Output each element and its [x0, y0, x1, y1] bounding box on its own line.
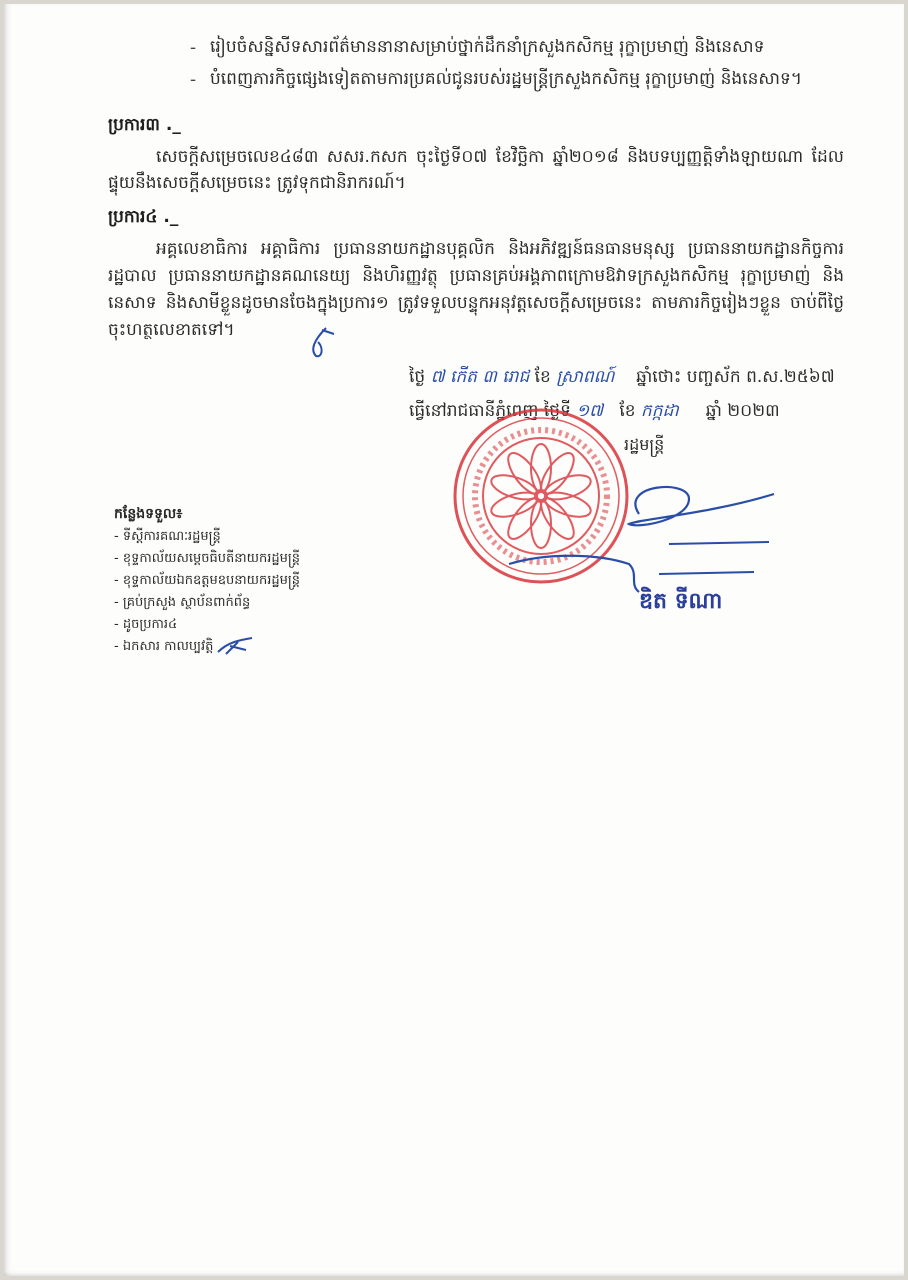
- signature-icon: [489, 474, 779, 594]
- bullet-marker: -: [190, 70, 196, 90]
- lunar-year: ឆ្នាំថោះ បញ្ចស័ក ព.ស.២៥៦៧: [636, 367, 835, 387]
- solar-year: ឆ្នាំ ២០២៣: [706, 401, 780, 421]
- lunar-date-prefix: ថ្ងៃ: [409, 367, 425, 387]
- recipient-item: - គ្រប់ក្រសួង ស្ថាប័នពាក់ព័ន្ធ: [114, 592, 300, 614]
- recipients-list: - ទីស្តីការគណៈរដ្ឋមន្ត្រី - ខុទ្ទកាល័យសម…: [114, 526, 300, 658]
- recipient-item: - ឯកសារ កាលប្បវត្តិ: [114, 636, 300, 658]
- signatory-title: រដ្ឋមន្ត្រី: [624, 434, 664, 458]
- article-3-text: សេចក្តីសម្រេចលេខ៤៨៣ សសរ.កសក ចុះថ្ងៃទី០៧ …: [108, 144, 844, 196]
- recipient-item: - ដូចប្រការ៤: [114, 614, 300, 636]
- lunar-day-handwritten: ៧ កើត ៣ រោជ: [431, 367, 530, 387]
- document-page: - រៀបចំសន្និសីទសារព័ត៌មាននានាសម្រាប់ថ្នា…: [4, 4, 904, 1276]
- recipient-item: - ខុទ្ទកាល័យសម្តេចធិបតីនាយករដ្ឋមន្ត្រី: [114, 548, 300, 570]
- lunar-date-line: ថ្ងៃ ៧ កើត ៣ រោជ ខែ ស្រាពណ៍ ឆ្នាំថោះ បញ្…: [409, 366, 835, 388]
- bullet-item-1: រៀបចំសន្និសីទសារព័ត៌មាននានាសម្រាប់ថ្នាក់…: [210, 36, 764, 58]
- recipient-item: - ទីស្តីការគណៈរដ្ឋមន្ត្រី: [114, 526, 300, 548]
- recipient-item: - ខុទ្ទកាល័យឯកឧត្តមឧបនាយករដ្ឋមន្ត្រី: [114, 570, 300, 592]
- article-3-heading: ប្រការ៣ ._: [108, 114, 181, 139]
- article-4-text: អគ្គលេខាធិការ អគ្គាធិការ ប្រធាននាយកដ្ឋាន…: [108, 236, 844, 344]
- article-4-heading: ប្រការ៤ ._: [108, 206, 178, 231]
- initials-mark-icon: [304, 326, 340, 360]
- archive-initials-icon: [216, 636, 256, 658]
- signatory-name: ឌិត ទីណា: [639, 587, 722, 619]
- solar-month-handwritten: កក្កដា: [641, 401, 679, 421]
- bullet-marker: -: [190, 38, 196, 58]
- recipients-title: កន្លែងទទួល៖: [114, 504, 182, 525]
- lunar-month-handwritten: ស្រាពណ៍: [556, 367, 614, 387]
- lunar-month-label: ខែ: [535, 367, 551, 387]
- bullet-item-2: បំពេញភារកិច្ចផ្សេងទៀតតាមការប្រគល់ជូនរបស់…: [210, 68, 802, 90]
